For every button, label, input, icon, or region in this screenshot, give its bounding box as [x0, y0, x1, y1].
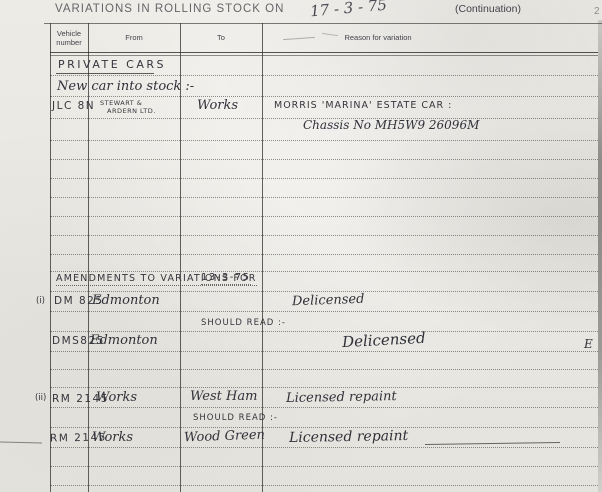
- page-number: 2: [594, 6, 600, 17]
- amendment-i-orig-from: Edmonton: [92, 293, 160, 308]
- amendment-i-orig-reason: Delicensed: [292, 292, 365, 310]
- row-line: [50, 311, 598, 312]
- row-line: [50, 466, 598, 467]
- amendment-i-index: (i): [36, 296, 45, 306]
- row-line: [50, 407, 598, 408]
- amendments-heading-date: 13-3-75: [201, 272, 251, 285]
- row-line: [50, 447, 598, 448]
- row-line: [50, 235, 598, 236]
- entry-from-line1: STEWART &: [100, 99, 142, 107]
- should-read-label-1: SHOULD READ :-: [201, 318, 286, 328]
- section-note: New car into stock :-: [57, 79, 194, 94]
- row-line: [50, 271, 598, 272]
- entry-to: Works: [197, 98, 238, 113]
- column-header-vehicle-number: Vehicle number: [50, 29, 88, 47]
- should-read-label-2: SHOULD READ :-: [193, 413, 278, 423]
- heading-underline: [56, 73, 154, 74]
- row-line: [50, 369, 598, 370]
- pen-stroke-margin: [0, 441, 42, 443]
- amendment-ii-corr-to: Wood Green: [184, 428, 265, 446]
- entry-reason-detail: Chassis No MH5W9 26096M: [303, 118, 479, 132]
- column-header-to: To: [180, 33, 262, 42]
- header-separator-line-1: [50, 52, 598, 53]
- row-line: [50, 427, 598, 428]
- amendment-i-corr-from: Edmonton: [90, 333, 158, 348]
- amendment-ii-orig-reason: Licensed repaint: [286, 389, 397, 406]
- entry-from-line2: ARDERN LTD.: [107, 107, 156, 115]
- row-line: [50, 216, 598, 217]
- form-title: VARIATIONS IN ROLLING STOCK ON: [55, 3, 284, 15]
- column-header-from: From: [88, 33, 180, 42]
- row-line: [50, 197, 598, 198]
- amendment-ii-orig-from: Works: [96, 390, 137, 405]
- table-top-border: [44, 23, 602, 24]
- row-line: [50, 140, 598, 141]
- row-line: [50, 291, 598, 292]
- row-line: [50, 254, 598, 255]
- margin-note-e: E: [584, 337, 593, 351]
- scanned-form-page: VARIATIONS IN ROLLING STOCK ON 17 - 3 - …: [0, 0, 602, 492]
- section-heading-private-cars: PRIVATE CARS: [58, 58, 166, 71]
- row-line: [50, 178, 598, 179]
- amendment-i-corr-reason: Delicensed: [342, 329, 426, 351]
- handwritten-date: 17 - 3 - 75: [309, 0, 387, 20]
- pen-stroke-tail: [425, 442, 560, 445]
- column-line: [50, 23, 51, 492]
- amendment-ii-orig-to: West Ham: [190, 389, 257, 404]
- row-line: [50, 387, 598, 388]
- amendment-ii-index: (ii): [35, 393, 46, 403]
- row-line: [50, 75, 598, 76]
- continuation-label: (Continuation): [455, 3, 521, 15]
- row-line: [50, 351, 598, 352]
- amendment-ii-corr-from: Works: [92, 430, 133, 445]
- header-separator-line-2: [50, 55, 598, 56]
- entry-reason: MORRIS 'MARINA' ESTATE CAR :: [274, 100, 452, 111]
- row-line: [50, 159, 598, 160]
- entry-vehicle-number: JLC 8N: [52, 100, 95, 112]
- row-line: [50, 331, 598, 332]
- amendment-ii-corr-reason: Licensed repaint: [289, 428, 408, 446]
- row-line: [50, 96, 598, 97]
- row-line: [50, 485, 598, 486]
